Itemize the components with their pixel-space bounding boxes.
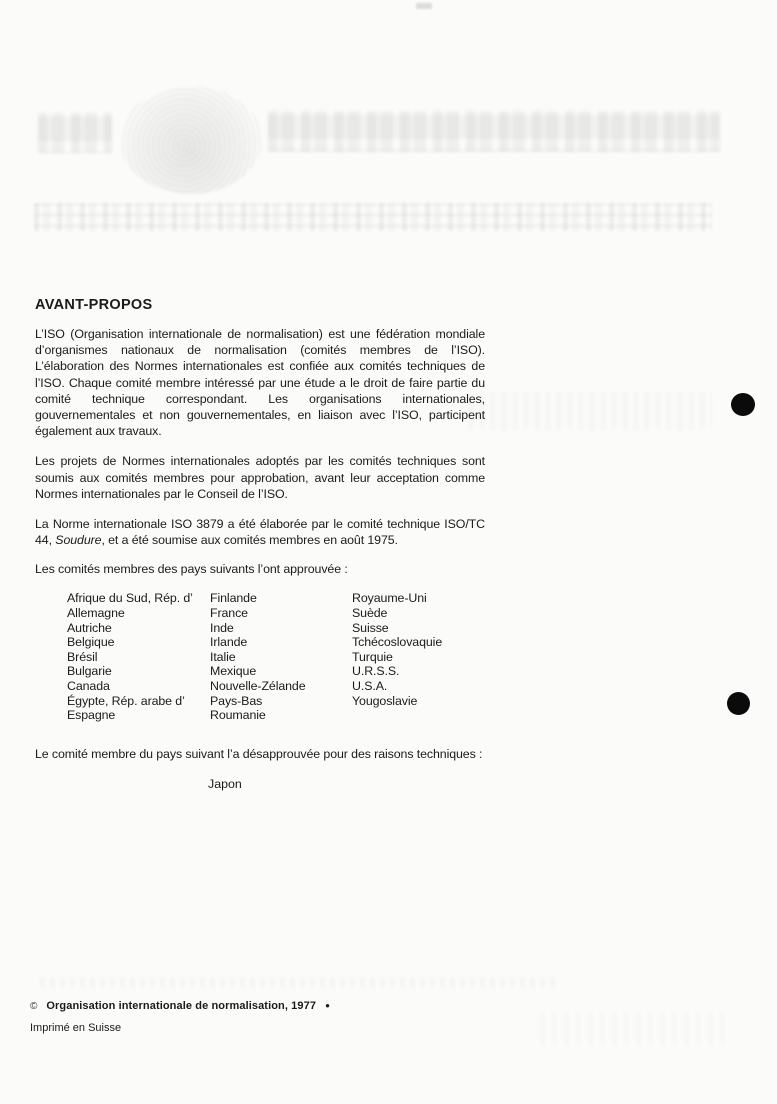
country-name: Pays-Bas [210,694,352,709]
country-column-3: Royaume-UniSuèdeSuisseTchécoslovaquieTur… [352,591,482,722]
faded-iso-logo-artifact [120,86,262,194]
country-column-1: Afrique du Sud, Rép. d’AllemagneAutriche… [67,591,210,722]
country-name: Égypte, Rép. arabe d’ [67,694,210,709]
faded-text-smudge [40,978,560,988]
country-name: Irlande [210,635,352,650]
scanned-document-page: AVANT-PROPOS L’ISO (Organisation interna… [0,0,777,1104]
registration-dot-icon [731,393,755,416]
copyright-line: © Organisation internationale de normali… [30,1000,330,1012]
country-name: Autriche [67,621,210,636]
scan-speck-artifact [416,3,432,9]
copyright-icon: © [30,1001,37,1012]
country-name: Suède [352,606,482,621]
country-name: Roumanie [210,708,352,723]
country-name: Allemagne [67,606,210,621]
registration-dot-icon [727,692,750,715]
foreword-section: AVANT-PROPOS L’ISO (Organisation interna… [35,297,485,791]
faded-header-text-artifact [268,111,720,152]
foreword-paragraph-1: L’ISO (Organisation internationale de no… [35,326,485,439]
paragraph-3-text: , et a été soumise aux comités membres e… [101,533,397,547]
standard-title-italic: Soudure [55,533,101,547]
country-name: Suisse [352,621,482,636]
foreword-paragraph-2: Les projets de Normes internationales ad… [35,453,485,502]
disapproval-intro-line: Le comité membre du pays suivant l’a dés… [35,747,485,761]
copyright-text: Organisation internationale de normalisa… [46,1000,316,1012]
country-name: Espagne [67,708,210,723]
disapproving-country: Japon [208,777,485,791]
faded-header-text-artifact [38,113,112,153]
country-name: Turquie [352,650,482,665]
country-name: U.R.S.S. [352,664,482,679]
section-heading: AVANT-PROPOS [35,297,485,313]
country-name: U.S.A. [352,679,482,694]
faded-subheader-band-artifact [34,203,712,231]
country-name: Mexique [210,664,352,679]
country-name: Inde [210,621,352,636]
country-name: Yougoslavie [352,694,482,709]
country-name: Royaume-Uni [352,591,482,606]
country-name: Canada [67,679,210,694]
printed-in-line: Imprimé en Suisse [30,1022,121,1034]
country-name: Belgique [67,635,210,650]
country-name: Afrique du Sud, Rép. d’ [67,591,210,606]
bullet-dot-icon: ● [325,1002,330,1010]
country-name: France [210,606,352,621]
faded-text-smudge [540,1012,730,1046]
approval-intro-line: Les comités membres des pays suivants l’… [35,562,485,576]
country-name: Brésil [67,650,210,665]
country-name: Tchécoslovaquie [352,635,482,650]
country-name: Nouvelle-Zélande [210,679,352,694]
faded-text-smudge [468,392,712,430]
country-name: Italie [210,650,352,665]
country-name: Bulgarie [67,664,210,679]
foreword-paragraph-3: La Norme internationale ISO 3879 a été é… [35,516,485,548]
approving-countries-list: Afrique du Sud, Rép. d’AllemagneAutriche… [67,591,485,722]
country-name: Finlande [210,591,352,606]
country-column-2: FinlandeFranceIndeIrlandeItalieMexiqueNo… [210,591,352,722]
